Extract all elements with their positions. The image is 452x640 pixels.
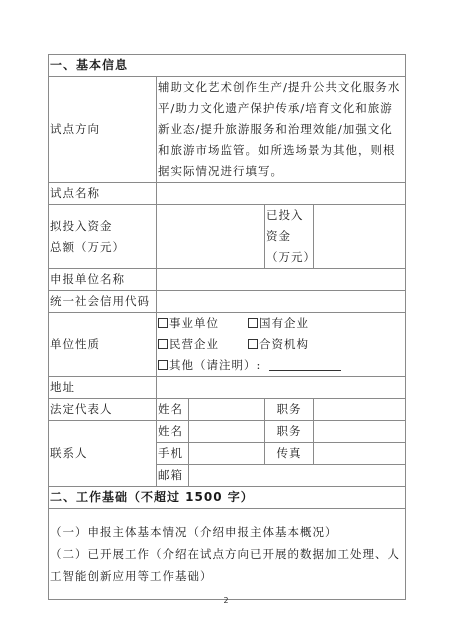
invested-field[interactable]	[314, 205, 406, 269]
option-joint-venture[interactable]: 合资机构	[248, 334, 309, 355]
address-label: 地址	[49, 377, 157, 399]
contact-title-field[interactable]	[314, 421, 406, 443]
credit-code-label: 统一社会信用代码	[49, 291, 157, 313]
address-row: 地址	[49, 377, 406, 399]
checkbox-icon[interactable]	[158, 318, 168, 328]
legal-rep-title-field[interactable]	[314, 399, 406, 421]
legal-rep-label: 法定代表人	[49, 399, 157, 421]
section1-title: 一、基本信息	[49, 55, 406, 77]
option-state-owned[interactable]: 国有企业	[248, 313, 309, 334]
document-page: 一、基本信息 试点方向 辅助文化艺术创作生产/提升公共文化服务水平/助力文化遗产…	[0, 0, 452, 640]
legal-rep-name-field[interactable]	[189, 399, 265, 421]
contact-row-1: 联系人 姓名 职务	[49, 421, 406, 443]
applicant-name-label: 申报单位名称	[49, 269, 157, 291]
section1-header-row: 一、基本信息	[49, 55, 406, 77]
section2-header-row: 二、工作基础（不超过 1500 字）	[49, 487, 406, 509]
pilot-direction-row: 试点方向 辅助文化艺术创作生产/提升公共文化服务水平/助力文化遗产保护传承/培育…	[49, 77, 406, 183]
pilot-direction-text[interactable]: 辅助文化艺术创作生产/提升公共文化服务水平/助力文化遗产保护传承/培育文化和旅游…	[157, 77, 406, 183]
pilot-name-field[interactable]	[157, 183, 406, 205]
address-field[interactable]	[157, 377, 406, 399]
invested-label-line1: 已投入资金	[266, 205, 312, 247]
section2-body-row: （一）申报主体基本情况（介绍申报主体基本概况） （二）已开展工作（介绍在试点方向…	[49, 509, 406, 600]
checkbox-icon[interactable]	[158, 360, 168, 370]
contact-name-field[interactable]	[189, 421, 265, 443]
legal-rep-title-label: 职务	[265, 399, 314, 421]
contact-title-label: 职务	[265, 421, 314, 443]
contact-email-label: 邮箱	[157, 465, 189, 487]
option-private-enterprise[interactable]: 民营企业	[158, 334, 248, 355]
planned-investment-label: 拟投入资金 总额（万元）	[49, 205, 157, 269]
applicant-name-row: 申报单位名称	[49, 269, 406, 291]
option-public-institution[interactable]: 事业单位	[158, 313, 248, 334]
section2-body[interactable]: （一）申报主体基本情况（介绍申报主体基本概况） （二）已开展工作（介绍在试点方向…	[49, 509, 406, 600]
page-number: 2	[0, 596, 452, 605]
legal-rep-name-label: 姓名	[157, 399, 189, 421]
contact-mobile-field[interactable]	[189, 443, 265, 465]
contact-name-label: 姓名	[157, 421, 189, 443]
pilot-name-row: 试点名称	[49, 183, 406, 205]
unit-nature-options: 事业单位国有企业 民营企业合资机构 其他（请注明）:	[157, 313, 406, 377]
unit-nature-row: 单位性质 事业单位国有企业 民营企业合资机构 其他（请注明）:	[49, 313, 406, 377]
planned-investment-field[interactable]	[157, 205, 265, 269]
contact-email-field[interactable]	[189, 465, 406, 487]
contact-fax-field[interactable]	[314, 443, 406, 465]
checkbox-icon[interactable]	[248, 339, 258, 349]
invested-label-line2: （万元）	[266, 247, 312, 268]
contact-mobile-label: 手机	[157, 443, 189, 465]
section2-item1: （一）申报主体基本情况（介绍申报主体基本概况）	[50, 521, 404, 543]
legal-rep-row: 法定代表人 姓名 职务	[49, 399, 406, 421]
checkbox-icon[interactable]	[248, 318, 258, 328]
investment-row: 拟投入资金 总额（万元） 已投入资金 （万元）	[49, 205, 406, 269]
section2-title: 二、工作基础（不超过 1500 字）	[49, 487, 406, 509]
contact-fax-label: 传真	[265, 443, 314, 465]
other-specify-field[interactable]	[269, 359, 341, 371]
pilot-name-label: 试点名称	[49, 183, 157, 205]
planned-investment-label-line1: 拟投入资金	[50, 216, 155, 237]
application-form-table: 一、基本信息 试点方向 辅助文化艺术创作生产/提升公共文化服务水平/助力文化遗产…	[48, 54, 406, 600]
credit-code-field[interactable]	[157, 291, 406, 313]
applicant-name-field[interactable]	[157, 269, 406, 291]
option-other[interactable]: 其他（请注明）:	[158, 355, 261, 376]
contact-label: 联系人	[49, 421, 157, 487]
planned-investment-label-line2: 总额（万元）	[50, 237, 155, 258]
section2-item2: （二）已开展工作（介绍在试点方向已开展的数据加工处理、人工智能创新应用等工作基础…	[50, 543, 404, 587]
pilot-direction-label: 试点方向	[49, 77, 157, 183]
credit-code-row: 统一社会信用代码	[49, 291, 406, 313]
unit-nature-label: 单位性质	[49, 313, 157, 377]
invested-label: 已投入资金 （万元）	[265, 205, 314, 269]
checkbox-icon[interactable]	[158, 339, 168, 349]
